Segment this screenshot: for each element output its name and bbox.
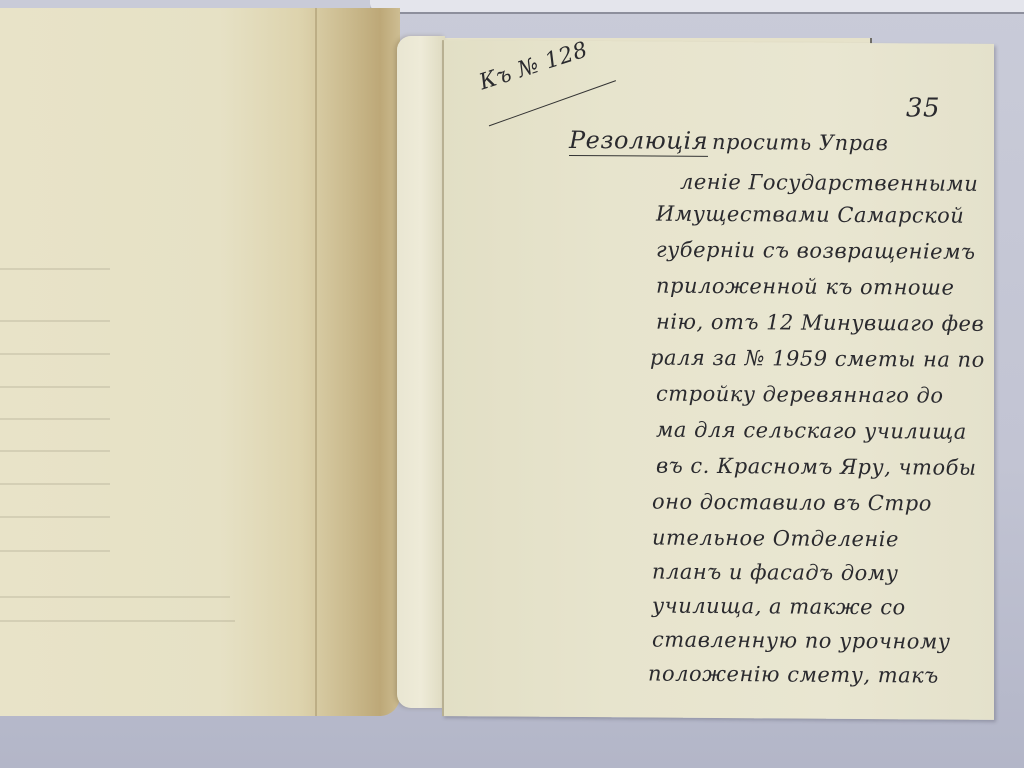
ink-bleed-line (0, 483, 110, 485)
manuscript-page: Къ № 128 35 Резолюція просить Управ лені… (442, 40, 994, 720)
text-line: раля за № 1959 сметы на по (650, 346, 985, 372)
page-number: 35 (906, 93, 940, 123)
ink-bleed-line (0, 418, 110, 420)
text-line: училища, а также со (652, 594, 906, 620)
ink-bleed-line (0, 320, 110, 322)
text-line: планъ и фасадъ дому (652, 560, 898, 586)
ink-bleed-line (0, 516, 110, 518)
text-line: губерніи съ возвращеніемъ (656, 238, 976, 264)
text-line: леніе Государственными (680, 170, 978, 196)
text-line: ма для сельскаго училища (656, 418, 967, 444)
text-line: ставленную по урочному (652, 628, 950, 654)
text-line: приложенной къ отноше (656, 274, 954, 300)
text-line: нію, отъ 12 Минувшаго фев (656, 310, 984, 336)
ink-bleed-line (0, 353, 110, 355)
text-line: оно доставило въ Стро (652, 490, 932, 516)
left-page-verso (0, 8, 400, 716)
resolution-heading: Резолюція (569, 126, 708, 157)
ink-bleed-line (0, 620, 235, 622)
folded-page-edge (397, 36, 445, 708)
text-line: положенію смету, такъ (648, 662, 939, 688)
ink-bleed-line (0, 268, 110, 270)
ink-bleed-line (0, 596, 230, 598)
text-line: стройку деревяннаго до (656, 382, 944, 408)
page-crease (315, 8, 317, 716)
ink-bleed-line (0, 550, 110, 552)
archive-number: Къ № 128 (476, 38, 591, 96)
text-line: въ с. Красномъ Яру, чтобы (656, 454, 977, 480)
ink-bleed-line (0, 386, 110, 388)
background-sheet (370, 0, 1024, 14)
text-line: просить Управ (712, 130, 888, 155)
text-line: ительное Отделеніе (652, 526, 899, 552)
ink-bleed-line (0, 450, 110, 452)
text-line: Имуществами Самарской (656, 202, 964, 228)
